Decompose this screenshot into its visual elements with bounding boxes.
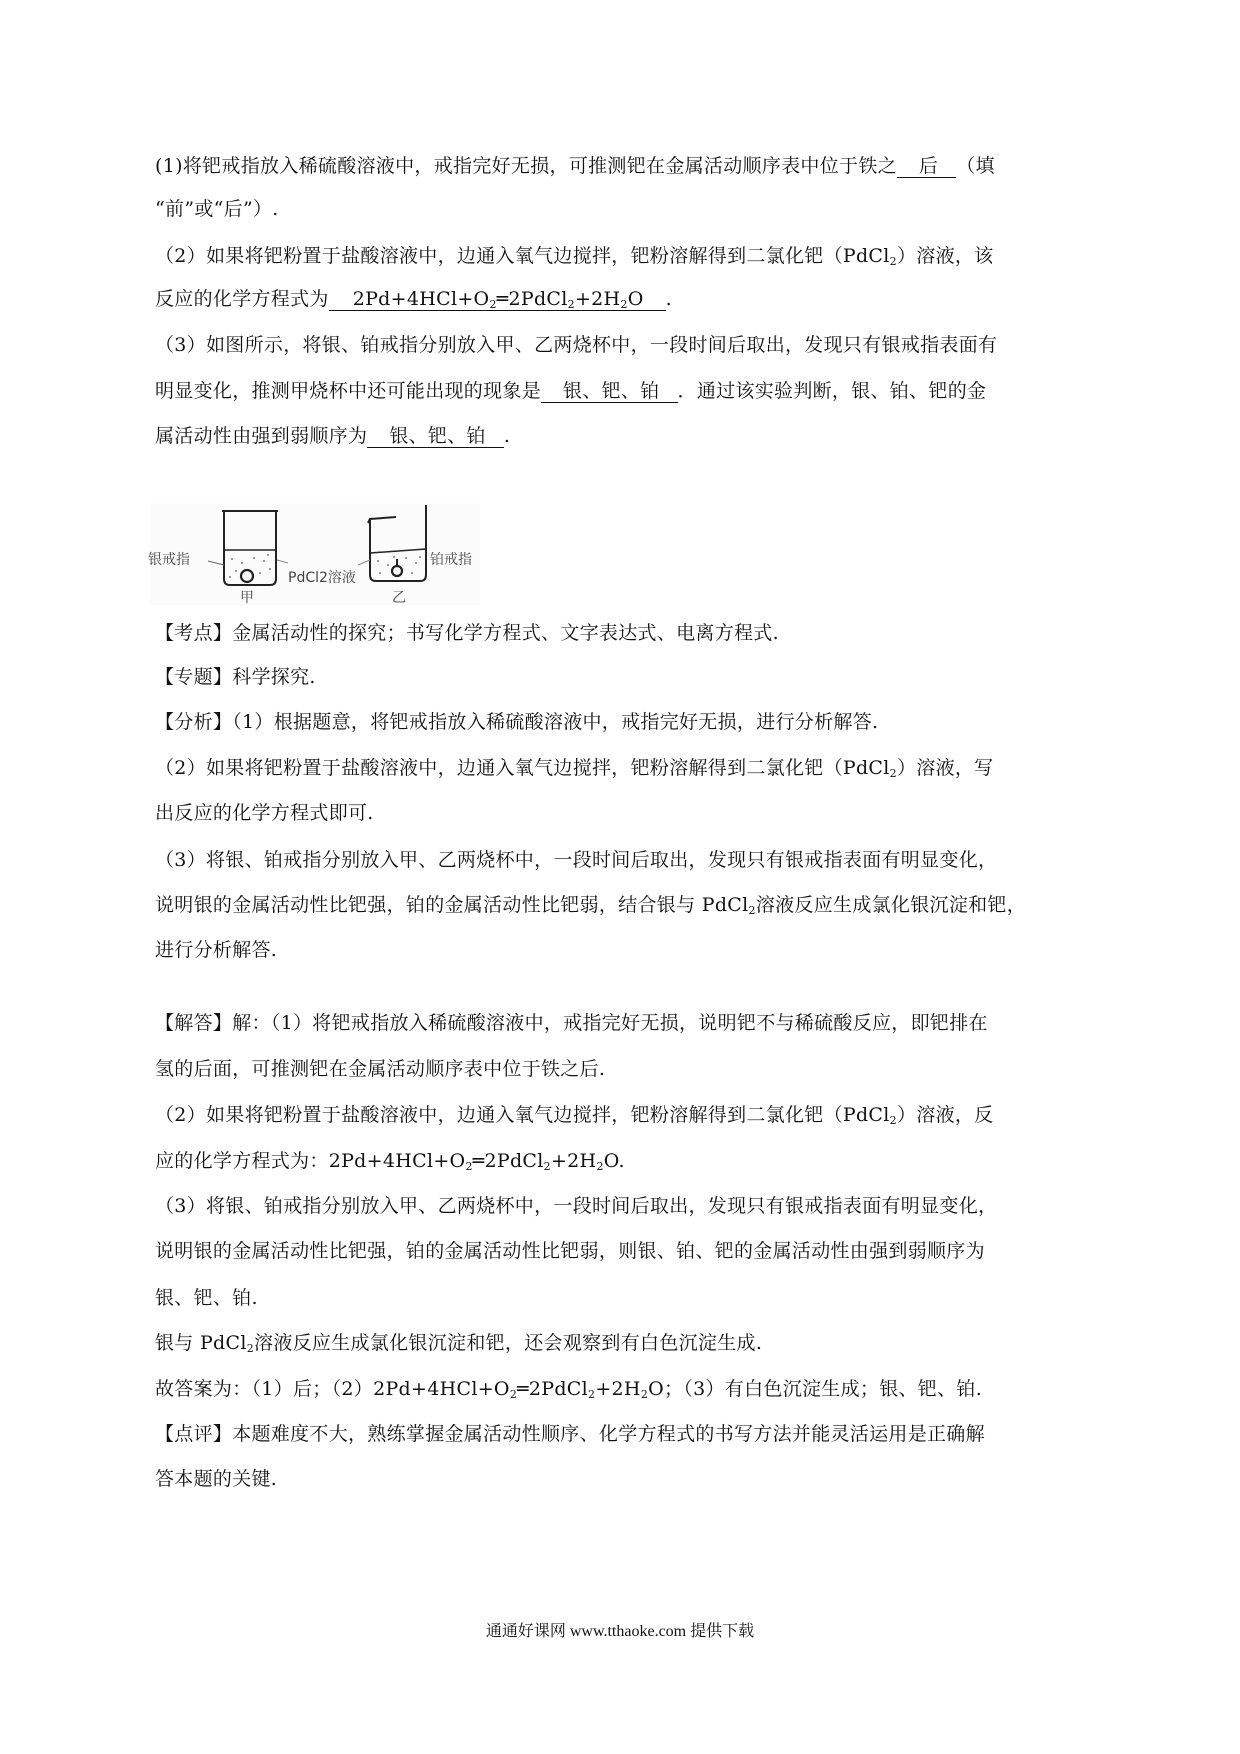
jieda-line3: （2）如果将钯粉置于盐酸溶液中，边通入氧气边搅拌，钯粉溶解得到二氯化钯（PdCl… [155, 1102, 1095, 1128]
equation-part: +2H [551, 1150, 596, 1172]
document-page: (1)将钯戒指放入稀硫酸溶液中，戒指完好无损，可推测钯在金属活动顺序表中位于铁之… [0, 0, 1240, 1754]
subscript: 2 [749, 904, 756, 917]
jieda-line8: 银与 PdCl2溶液反应生成氯化银沉淀和钯，还会观察到有白色沉淀生成. [155, 1330, 1095, 1356]
equation-part: O [628, 288, 644, 310]
kaodian-heading: 【考点】 [155, 622, 232, 644]
kaodian-line: 【考点】金属活动性的探究；书写化学方程式、文字表达式、电离方程式. [155, 620, 1095, 646]
fenxi-heading: 【分析】 [155, 711, 232, 733]
jieda-text: 解：（1）将钯戒指放入稀硫酸溶液中，戒指完好无损，说明钯不与稀硫酸反应，即钯排在 [232, 1012, 988, 1034]
jieda-line1: 【解答】解：（1）将钯戒指放入稀硫酸溶液中，戒指完好无损，说明钯不与稀硫酸反应，… [155, 1010, 1095, 1036]
dianping-text: 本题难度不大，熟练掌握金属活动性顺序、化学方程式的书写方法并能灵活运用是正确解 [232, 1423, 985, 1445]
label-beaker-yi: 乙 [392, 587, 406, 607]
fenxi-text: 说明银的金属活动性比钯强，铂的金属活动性比钯弱，结合银与 PdCl [155, 894, 749, 916]
question-text: (1)将钯戒指放入稀硫酸溶液中，戒指完好无损，可推测钯在金属活动顺序表中位于铁之 [155, 155, 897, 177]
equation-part: +2H [575, 288, 620, 310]
subscript: 2 [465, 1160, 472, 1173]
jieda-line6: 说明银的金属活动性比钯强，铂的金属活动性比钯弱，则银、铂、钯的金属活动性由强到弱… [155, 1238, 1095, 1264]
equation-part: 应的化学方程式为：2Pd+4HCl+O [155, 1150, 465, 1172]
question-text: （填 [956, 155, 995, 177]
label-silver-ring: 银戒指 [148, 549, 190, 569]
question-part3-line3: 属活动性由强到弱顺序为银、钯、铂. [155, 423, 1095, 449]
label-beaker-jia: 甲 [240, 587, 254, 607]
question-text: ）溶液，该 [897, 245, 994, 267]
kaodian-text: 金属活动性的探究；书写化学方程式、文字表达式、电离方程式. [232, 622, 779, 644]
fenxi-line5: 说明银的金属活动性比钯强，铂的金属活动性比钯弱，结合银与 PdCl2溶液反应生成… [155, 892, 1095, 918]
jieda-line5: （3）将银、铂戒指分别放入甲、乙两烧杯中，一段时间后取出，发现只有银戒指表面有明… [155, 1193, 1095, 1219]
fenxi-text: ）溶液，写 [897, 757, 994, 779]
final-answer-text: 故答案为：（1）后；（2）2Pd+4HCl+O [155, 1378, 510, 1400]
fenxi-text: （2）如果将钯粉置于盐酸溶液中，边通入氧气边搅拌，钯粉溶解得到二氯化钯（PdCl [155, 757, 890, 779]
jieda-text: 银与 PdCl [155, 1332, 247, 1354]
final-answer-text: +2H [595, 1378, 640, 1400]
equation-part: ═2PdCl [473, 1150, 544, 1172]
final-answer-text: O；（3）有白色沉淀生成；银、钯、铂. [648, 1378, 982, 1400]
question-text: 明显变化，推测甲烧杯中还可能出现的现象是 [155, 380, 541, 402]
dianping-heading: 【点评】 [155, 1423, 232, 1445]
zhuanti-line: 【专题】科学探究. [155, 664, 1095, 690]
jieda-line4: 应的化学方程式为：2Pd+4HCl+O2═2PdCl2+2H2O. [155, 1148, 1095, 1174]
dianping-line2: 答本题的关键. [155, 1466, 1095, 1492]
question-text: ．通过该实验判断，银、铂、钯的金 [678, 380, 987, 402]
subscript: 2 [890, 255, 897, 268]
question-part3-line1: （3）如图所示，将银、铂戒指分别放入甲、乙两烧杯中，一段时间后取出，发现只有银戒… [155, 332, 1095, 358]
question-part1-line1: (1)将钯戒指放入稀硫酸溶液中，戒指完好无损，可推测钯在金属活动顺序表中位于铁之… [155, 153, 1095, 179]
fenxi-line4: （3）将银、铂戒指分别放入甲、乙两烧杯中，一段时间后取出，发现只有银戒指表面有明… [155, 847, 1095, 873]
answer-blank-4: 银、钯、铂 [367, 425, 504, 448]
question-part1-line2: “前”或“后”）. [155, 196, 1095, 222]
subscript: 2 [596, 1160, 603, 1173]
fenxi-text: 溶液反应生成氯化银沉淀和钯， [756, 894, 1026, 916]
fenxi-line6: 进行分析解答. [155, 937, 1095, 963]
question-text: 属活动性由强到弱顺序为 [155, 425, 367, 447]
jieda-text: （2）如果将钯粉置于盐酸溶液中，边通入氧气边搅拌，钯粉溶解得到二氯化钯（PdCl [155, 1104, 890, 1126]
dianping-line1: 【点评】本题难度不大，熟练掌握金属活动性顺序、化学方程式的书写方法并能灵活运用是… [155, 1421, 1095, 1447]
jieda-heading: 【解答】 [155, 1012, 232, 1034]
jieda-line7: 银、钯、铂. [155, 1285, 1095, 1311]
beaker-experiment-figure: 银戒指 PdCl2溶液 铂戒指 甲 乙 [150, 503, 480, 605]
subscript: 2 [247, 1342, 254, 1355]
fenxi-text: （1）根据题意，将钯戒指放入稀硫酸溶液中，戒指完好无损，进行分析解答. [232, 711, 878, 733]
zhuanti-heading: 【专题】 [155, 666, 232, 688]
question-part2-line1: （2）如果将钯粉置于盐酸溶液中，边通入氧气边搅拌，钯粉溶解得到二氯化钯（PdCl… [155, 243, 1095, 269]
subscript: 2 [568, 298, 575, 311]
label-pdcl2-solution: PdCl2溶液 [288, 567, 356, 587]
page-footer: 通通好课网 www.tthaoke.com 提供下载 [0, 1618, 1240, 1641]
answer-blank-3: 银、钯、铂 [541, 380, 678, 403]
beaker-jia [222, 511, 278, 585]
fenxi-line3: 出反应的化学方程式即可. [155, 800, 1095, 826]
beaker-yi [368, 505, 426, 581]
final-answer-line: 故答案为：（1）后；（2）2Pd+4HCl+O2═2PdCl2+2H2O；（3）… [155, 1376, 1095, 1402]
equation-part: 2Pd+4HCl+O [353, 288, 490, 310]
solution-dots-yi [377, 556, 421, 574]
jieda-text: ）溶液，反 [897, 1104, 994, 1126]
equation-part: O. [604, 1150, 625, 1172]
subscript: 2 [620, 298, 627, 311]
fenxi-line1: 【分析】（1）根据题意，将钯戒指放入稀硫酸溶液中，戒指完好无损，进行分析解答. [155, 709, 1095, 735]
question-text: 反应的化学方程式为 [155, 288, 329, 310]
subscript: 2 [544, 1160, 551, 1173]
equation-part: ═2PdCl [497, 288, 568, 310]
final-answer-text: ═2PdCl [517, 1378, 588, 1400]
subscript: 2 [890, 767, 897, 780]
zhuanti-text: 科学探究. [232, 666, 316, 688]
answer-blank-2: 2Pd+4HCl+O2═2PdCl2+2H2O [329, 288, 666, 311]
question-part3-line2: 明显变化，推测甲烧杯中还可能出现的现象是银、钯、铂．通过该实验判断，银、铂、钯的… [155, 378, 1095, 404]
question-part2-line2: 反应的化学方程式为2Pd+4HCl+O2═2PdCl2+2H2O. [155, 286, 1095, 312]
answer-blank-1: 后 [897, 155, 956, 178]
label-platinum-ring: 铂戒指 [430, 549, 472, 569]
fenxi-line2: （2）如果将钯粉置于盐酸溶液中，边通入氧气边搅拌，钯粉溶解得到二氯化钯（PdCl… [155, 755, 1095, 781]
jieda-line2: 氢的后面，可推测钯在金属活动顺序表中位于铁之后. [155, 1056, 1095, 1082]
question-text: （2）如果将钯粉置于盐酸溶液中，边通入氧气边搅拌，钯粉溶解得到二氯化钯（PdCl [155, 245, 890, 267]
subscript: 2 [890, 1114, 897, 1127]
subscript: 2 [489, 298, 496, 311]
jieda-text: 溶液反应生成氯化银沉淀和钯，还会观察到有白色沉淀生成. [254, 1332, 762, 1354]
question-text: . [666, 288, 672, 310]
question-text: . [504, 425, 510, 447]
solution-dots-jia [229, 554, 271, 578]
